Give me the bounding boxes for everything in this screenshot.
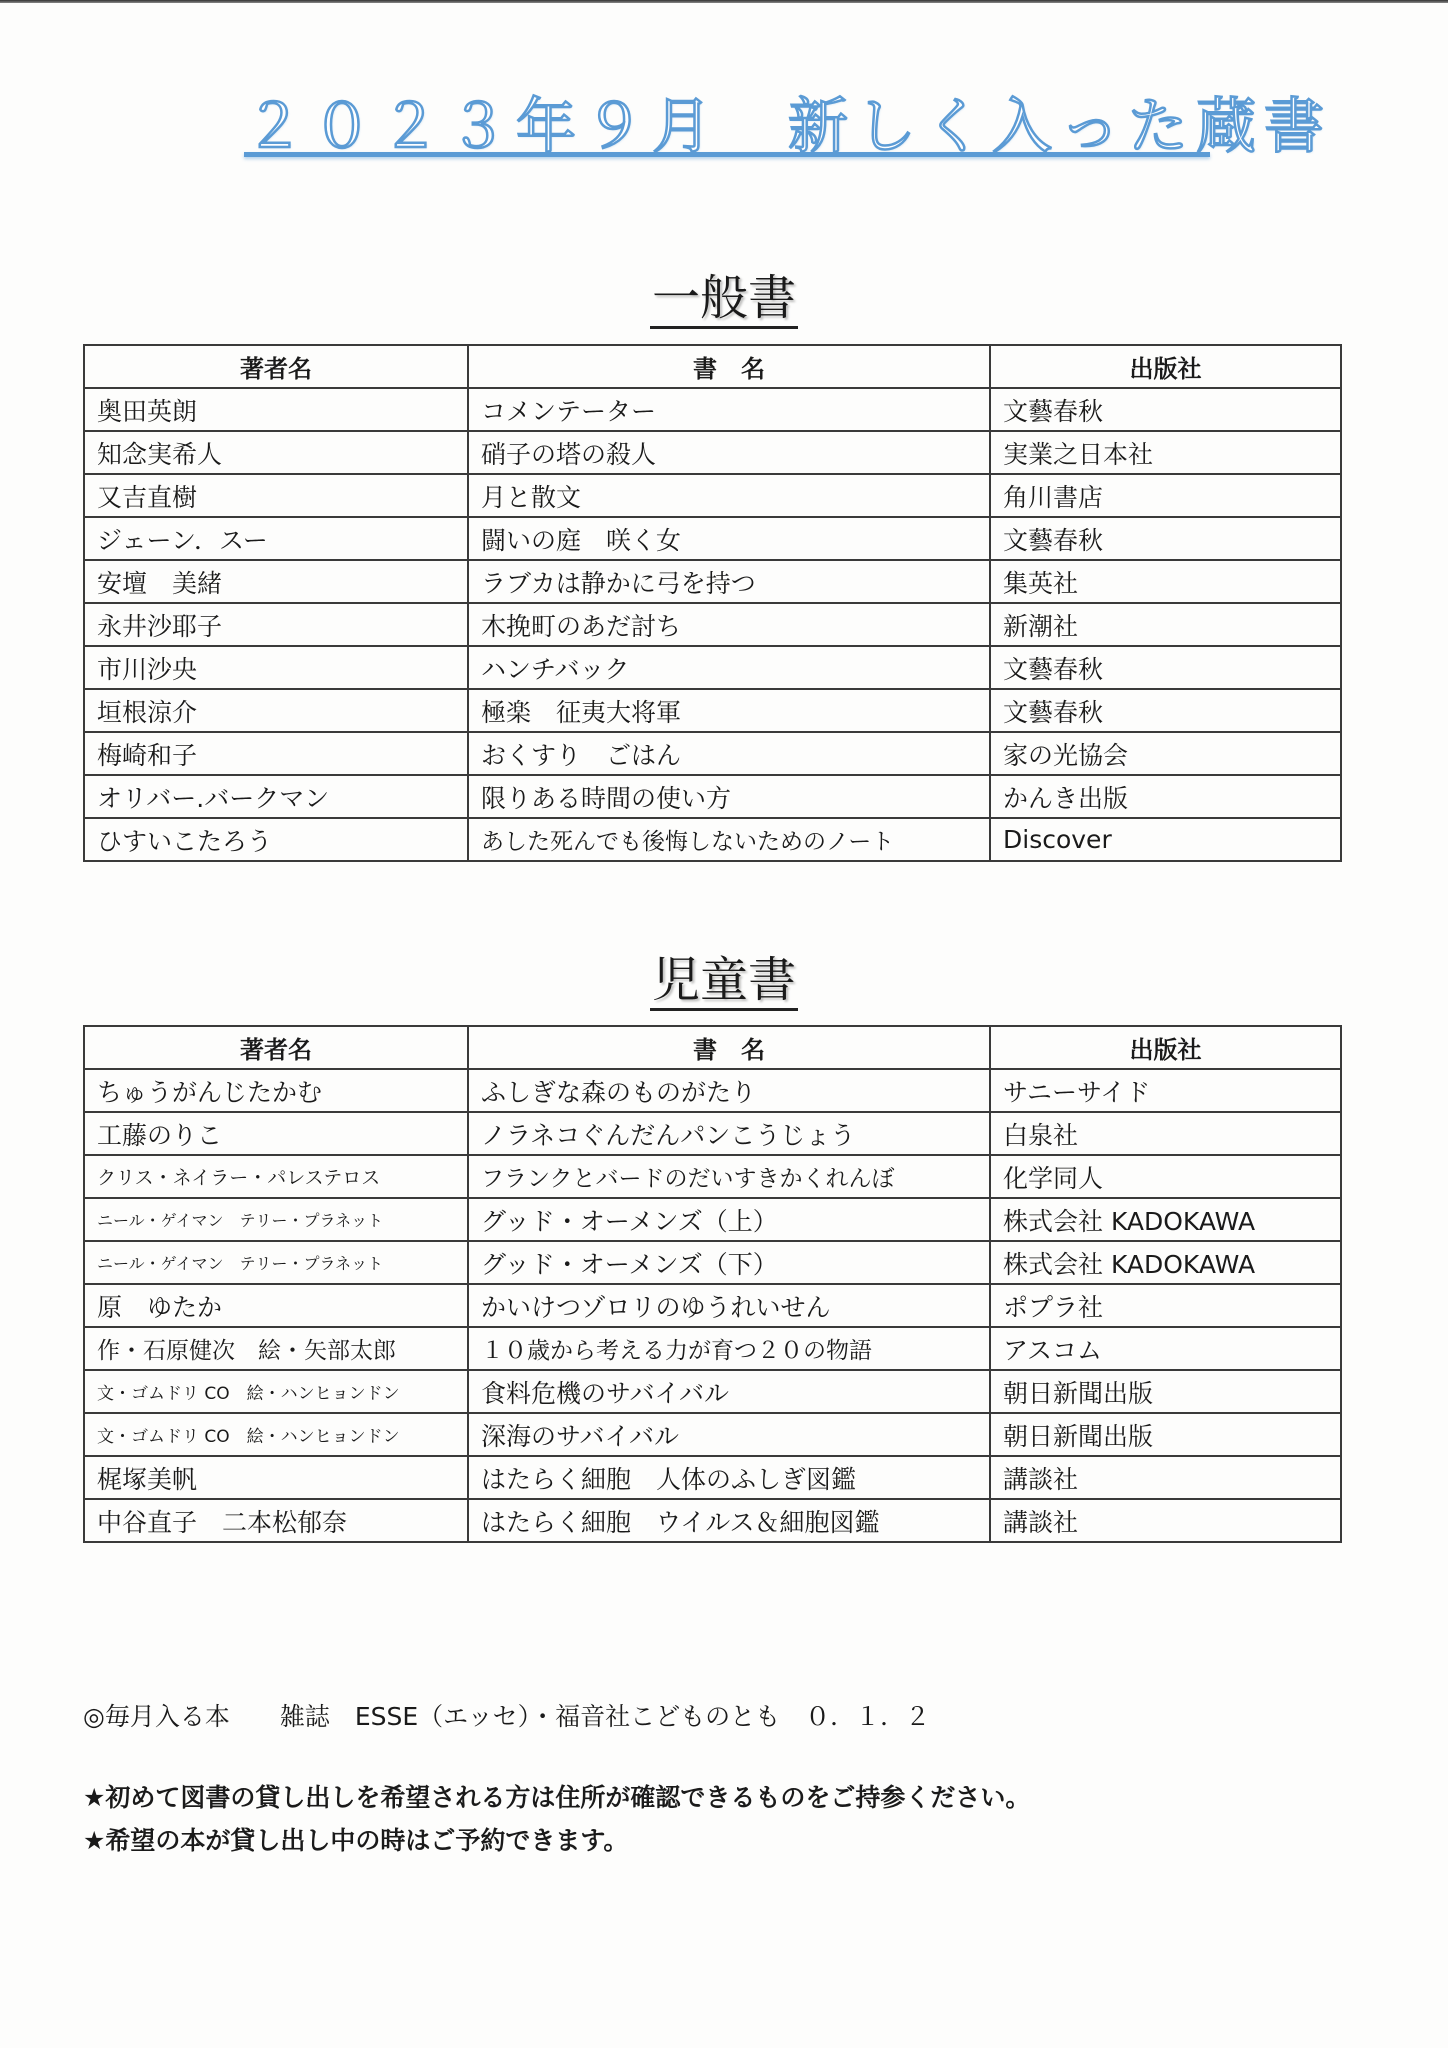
author-cell: ニール・ゲイマン テリー・プラネット xyxy=(84,1198,468,1241)
author-cell: 梅崎和子 xyxy=(84,732,468,775)
author-cell: 安壇 美緒 xyxy=(84,560,468,603)
children-books-table: 著者名 書 名 出版社 ちゅうがんじたかむふしぎな森のものがたりサニーサイド 工… xyxy=(83,1025,1342,1543)
publisher-cell: 家の光協会 xyxy=(990,732,1341,775)
publisher-cell: 文藝春秋 xyxy=(990,689,1341,732)
publisher-cell: Discover xyxy=(990,818,1341,861)
author-cell: 知念実希人 xyxy=(84,431,468,474)
table-row: 永井沙耶子木挽町のあだ討ち新潮社 xyxy=(84,603,1341,646)
publisher-cell: 株式会社 KADOKAWA xyxy=(990,1241,1341,1284)
title-cell: 限りある時間の使い方 xyxy=(468,775,990,818)
publisher-cell: アスコム xyxy=(990,1327,1341,1370)
column-header-publisher: 出版社 xyxy=(990,1026,1341,1069)
column-header-title: 書 名 xyxy=(468,1026,990,1069)
author-cell: 原 ゆたか xyxy=(84,1284,468,1327)
notice-reservation: ★希望の本が貸し出し中の時はご予約できます。 xyxy=(83,1824,628,1858)
author-cell: 垣根涼介 xyxy=(84,689,468,732)
table-header-row: 著者名 書 名 出版社 xyxy=(84,345,1341,388)
title-cell: グッド・オーメンズ（上） xyxy=(468,1198,990,1241)
author-cell: ジェーン．スー xyxy=(84,517,468,560)
title-cell: ノラネコぐんだんパンこうじょう xyxy=(468,1112,990,1155)
table-row: 中谷直子 二本松郁奈はたらく細胞 ウイルス＆細胞図鑑講談社 xyxy=(84,1499,1341,1542)
table-row: ひすいこたろうあした死んでも後悔しないためのノートDiscover xyxy=(84,818,1341,861)
title-cell: 極楽 征夷大将軍 xyxy=(468,689,990,732)
title-cell: おくすり ごはん xyxy=(468,732,990,775)
title-cell: はたらく細胞 ウイルス＆細胞図鑑 xyxy=(468,1499,990,1542)
publisher-cell: 講談社 xyxy=(990,1499,1341,1542)
title-cell: かいけつゾロリのゆうれいせん xyxy=(468,1284,990,1327)
publisher-cell: サニーサイド xyxy=(990,1069,1341,1112)
author-cell: 作・石原健次 絵・矢部太郎 xyxy=(84,1327,468,1370)
table-row: オリバー.バークマン限りある時間の使い方かんき出版 xyxy=(84,775,1341,818)
column-header-author: 著者名 xyxy=(84,345,468,388)
table-row: 垣根涼介極楽 征夷大将軍文藝春秋 xyxy=(84,689,1341,732)
title-cell: 食料危機のサバイバル xyxy=(468,1370,990,1413)
title-cell: 木挽町のあだ討ち xyxy=(468,603,990,646)
author-cell: 又吉直樹 xyxy=(84,474,468,517)
author-cell: 市川沙央 xyxy=(84,646,468,689)
scan-edge xyxy=(0,0,1448,3)
table-row: ジェーン．スー闘いの庭 咲く女文藝春秋 xyxy=(84,517,1341,560)
table-row: 知念実希人硝子の塔の殺人実業之日本社 xyxy=(84,431,1341,474)
publisher-cell: 文藝春秋 xyxy=(990,388,1341,431)
table-row: 原 ゆたかかいけつゾロリのゆうれいせんポプラ社 xyxy=(84,1284,1341,1327)
table-row: ニール・ゲイマン テリー・プラネットグッド・オーメンズ（下）株式会社 KADOK… xyxy=(84,1241,1341,1284)
column-header-author: 著者名 xyxy=(84,1026,468,1069)
author-cell: 奥田英朗 xyxy=(84,388,468,431)
section-heading-general: 一般書 xyxy=(0,268,1448,329)
publisher-cell: 朝日新聞出版 xyxy=(990,1413,1341,1456)
publisher-cell: 実業之日本社 xyxy=(990,431,1341,474)
publisher-cell: 化学同人 xyxy=(990,1155,1341,1198)
title-cell: 硝子の塔の殺人 xyxy=(468,431,990,474)
table-row: 安壇 美緒ラブカは静かに弓を持つ集英社 xyxy=(84,560,1341,603)
column-header-title: 書 名 xyxy=(468,345,990,388)
title-cell: ラブカは静かに弓を持つ xyxy=(468,560,990,603)
title-cell: １０歳から考える力が育つ２０の物語 xyxy=(468,1327,990,1370)
publisher-cell: 朝日新聞出版 xyxy=(990,1370,1341,1413)
publisher-cell: 講談社 xyxy=(990,1456,1341,1499)
author-cell: クリス・ネイラー・パレステロス xyxy=(84,1155,468,1198)
title-cell: 闘いの庭 咲く女 xyxy=(468,517,990,560)
author-cell: 中谷直子 二本松郁奈 xyxy=(84,1499,468,1542)
table-header-row: 著者名 書 名 出版社 xyxy=(84,1026,1341,1069)
table-row: 梅崎和子おくすり ごはん家の光協会 xyxy=(84,732,1341,775)
author-cell: ちゅうがんじたかむ xyxy=(84,1069,468,1112)
title-underline xyxy=(244,152,1210,157)
author-cell: 文・ゴムドリ CO 絵・ハンヒョンドン xyxy=(84,1370,468,1413)
publisher-cell: 文藝春秋 xyxy=(990,646,1341,689)
author-cell: ひすいこたろう xyxy=(84,818,468,861)
title-cell: あした死んでも後悔しないためのノート xyxy=(468,818,990,861)
table-row: 市川沙央ハンチバック文藝春秋 xyxy=(84,646,1341,689)
title-cell: グッド・オーメンズ（下） xyxy=(468,1241,990,1284)
monthly-books-items: 雑誌 ESSE（エッセ）・福音社こどものとも ０．１．２ xyxy=(280,1702,930,1731)
section-heading-general-text: 一般書 xyxy=(650,272,798,329)
general-books-table: 著者名 書 名 出版社 奥田英朗コメンテーター文藝春秋 知念実希人硝子の塔の殺人… xyxy=(83,344,1342,862)
title-cell: 深海のサバイバル xyxy=(468,1413,990,1456)
table-row: クリス・ネイラー・パレステロスフランクとバードのだいすきかくれんぼ化学同人 xyxy=(84,1155,1341,1198)
publisher-cell: かんき出版 xyxy=(990,775,1341,818)
column-header-publisher: 出版社 xyxy=(990,345,1341,388)
table-row: 作・石原健次 絵・矢部太郎１０歳から考える力が育つ２０の物語アスコム xyxy=(84,1327,1341,1370)
author-cell: 梶塚美帆 xyxy=(84,1456,468,1499)
title-cell: コメンテーター xyxy=(468,388,990,431)
publisher-cell: 文藝春秋 xyxy=(990,517,1341,560)
author-cell: 文・ゴムドリ CO 絵・ハンヒョンドン xyxy=(84,1413,468,1456)
publisher-cell: 角川書店 xyxy=(990,474,1341,517)
table-row: 工藤のりこノラネコぐんだんパンこうじょう白泉社 xyxy=(84,1112,1341,1155)
table-row: 文・ゴムドリ CO 絵・ハンヒョンドン深海のサバイバル朝日新聞出版 xyxy=(84,1413,1341,1456)
table-row: 奥田英朗コメンテーター文藝春秋 xyxy=(84,388,1341,431)
author-cell: ニール・ゲイマン テリー・プラネット xyxy=(84,1241,468,1284)
table-row: 又吉直樹月と散文角川書店 xyxy=(84,474,1341,517)
title-cell: はたらく細胞 人体のふしぎ図鑑 xyxy=(468,1456,990,1499)
section-heading-children-text: 児童書 xyxy=(650,954,798,1011)
table-row: ちゅうがんじたかむふしぎな森のものがたりサニーサイド xyxy=(84,1069,1341,1112)
publisher-cell: 白泉社 xyxy=(990,1112,1341,1155)
publisher-cell: ポプラ社 xyxy=(990,1284,1341,1327)
title-cell: フランクとバードのだいすきかくれんぼ xyxy=(468,1155,990,1198)
title-cell: 月と散文 xyxy=(468,474,990,517)
author-cell: 工藤のりこ xyxy=(84,1112,468,1155)
monthly-books-label: ◎毎月入る本 xyxy=(83,1702,230,1731)
section-heading-children: 児童書 xyxy=(0,950,1448,1011)
monthly-books-note: ◎毎月入る本雑誌 ESSE（エッセ）・福音社こどものとも ０．１．２ xyxy=(83,1700,930,1734)
publisher-cell: 株式会社 KADOKAWA xyxy=(990,1198,1341,1241)
notice-first-time: ★初めて図書の貸し出しを希望される方は住所が確認できるものをご持参ください。 xyxy=(83,1781,1030,1815)
publisher-cell: 集英社 xyxy=(990,560,1341,603)
table-row: ニール・ゲイマン テリー・プラネットグッド・オーメンズ（上）株式会社 KADOK… xyxy=(84,1198,1341,1241)
table-row: 文・ゴムドリ CO 絵・ハンヒョンドン食料危機のサバイバル朝日新聞出版 xyxy=(84,1370,1341,1413)
publisher-cell: 新潮社 xyxy=(990,603,1341,646)
table-row: 梶塚美帆はたらく細胞 人体のふしぎ図鑑講談社 xyxy=(84,1456,1341,1499)
title-cell: ハンチバック xyxy=(468,646,990,689)
title-cell: ふしぎな森のものがたり xyxy=(468,1069,990,1112)
author-cell: オリバー.バークマン xyxy=(84,775,468,818)
author-cell: 永井沙耶子 xyxy=(84,603,468,646)
